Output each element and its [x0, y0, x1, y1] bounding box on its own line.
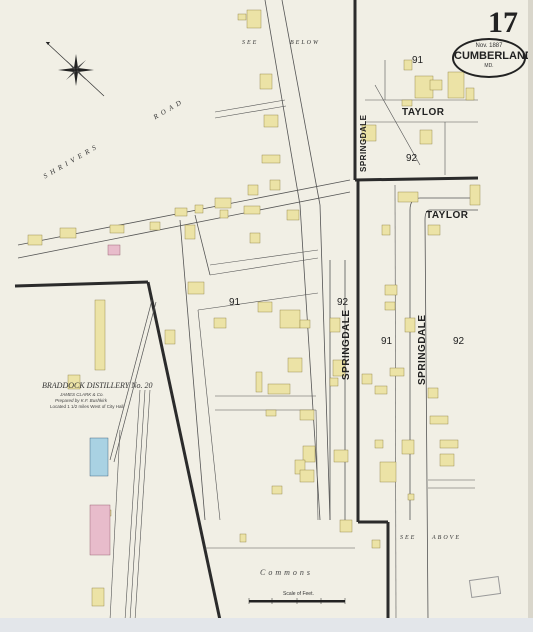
block-number: 91: [229, 298, 240, 308]
sheet-edge-bottom: [0, 618, 533, 632]
block-number: 92: [406, 154, 417, 164]
city-cartouche: Nov. 1887 CUMBERLAND MD.: [452, 38, 526, 78]
map-date: Nov. 1887: [454, 43, 524, 49]
street-label-springdale-north: SPRINGDALE: [360, 115, 368, 172]
block-number: 91: [381, 337, 392, 347]
distillery-title: BRADDOCK DISTILLERY No. 20: [42, 382, 153, 390]
sheet-number: 17: [488, 8, 518, 38]
block-number: 91: [412, 56, 423, 66]
see-below-label: BELOW: [290, 40, 320, 46]
distillery-location: Located 1 1/2 miles West of City Hall: [50, 405, 123, 410]
sheet-edge-right: [528, 0, 533, 632]
state-name: MD.: [454, 63, 524, 69]
street-label-taylor-south: TAYLOR: [426, 211, 468, 221]
compass-rose: [46, 42, 104, 96]
see-above-label: ABOVE: [432, 535, 461, 541]
see-above-label: SEE: [400, 535, 416, 541]
distillery-prepared: Prepared by K.F. Bushkirk: [55, 399, 107, 404]
street-label-taylor-north: TAYLOR: [402, 108, 444, 118]
scale-bar: [249, 598, 345, 604]
block-number: 92: [337, 298, 348, 308]
street-label-springdale-east: SPRINGDALE: [418, 314, 428, 385]
commons-label: Commons: [260, 569, 313, 577]
city-name: CUMBERLAND: [454, 50, 524, 62]
scale-title: Scale of Feet.: [283, 592, 314, 597]
distillery-owner: JAMES CLARK & Co.: [60, 393, 104, 398]
block-number: 92: [453, 337, 464, 347]
street-label-springdale-center: SPRINGDALE: [342, 309, 352, 380]
map-sheet: 17 Nov. 1887 CUMBERLAND MD. TAYLOR TAYLO…: [0, 0, 533, 632]
see-below-label: SEE: [242, 40, 258, 46]
